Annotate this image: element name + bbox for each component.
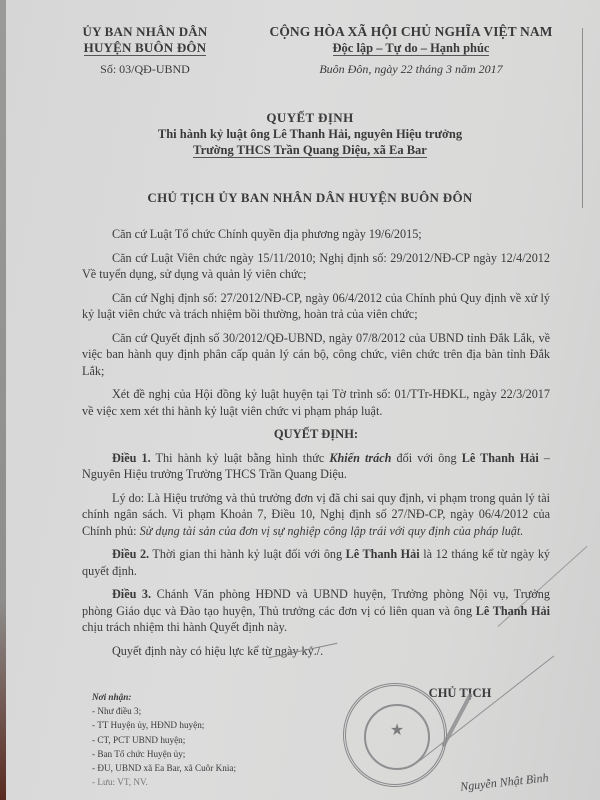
preamble-5: Xét đề nghị của Hội đồng kỷ luật huyện t… xyxy=(82,386,550,419)
article-1: Điều 1. Thi hành kỷ luật bằng hình thức … xyxy=(82,450,550,483)
document-subject-line-1: Thi hành kỷ luật ông Lê Thanh Hải, nguyê… xyxy=(100,126,520,142)
signer-title: CHỦ TỊCH xyxy=(400,686,520,701)
article-3: Điều 3. Chánh Văn phòng HĐND và UBND huy… xyxy=(82,586,550,636)
recipient-item: - ĐU, UBND xã Ea Bar, xã Cuôr Knia; xyxy=(92,761,302,775)
issuer-line-2: HUYỆN BUÔN ĐÔN xyxy=(60,40,230,56)
preamble-3: Căn cứ Nghị định số: 27/2012/NĐ-CP, ngày… xyxy=(82,290,550,323)
issuing-authority: CHỦ TỊCH ỦY BAN NHÂN DÂN HUYỆN BUÔN ĐÔN xyxy=(60,190,560,206)
recipient-item: - Ban Tổ chức Huyện ủy; xyxy=(92,747,302,761)
article-1-reason: Lý do: Là Hiệu trưởng và thủ trưởng đơn … xyxy=(82,490,550,540)
issuer-line-1: ỦY BAN NHÂN DÂN xyxy=(60,24,230,40)
document-title-block: QUYẾT ĐỊNH Thi hành kỷ luật ông Lê Thanh… xyxy=(100,110,520,158)
document-subject-line-2: Trường THCS Trần Quang Diệu, xã Ea Bar xyxy=(100,142,520,158)
star-icon: ★ xyxy=(366,720,428,740)
decision-heading: QUYẾT ĐỊNH: xyxy=(82,426,550,443)
recipients-block: Nơi nhận: - Như điều 3; - TT Huyện ủy, H… xyxy=(92,690,302,789)
preamble-2: Căn cứ Luật Viên chức ngày 15/11/2010; N… xyxy=(82,250,550,283)
recipient-item: - CT, PCT UBND huyện; xyxy=(92,733,302,747)
national-header: CỘNG HÒA XÃ HỘI CHỦ NGHĨA VIỆT NAM Độc l… xyxy=(236,24,586,77)
national-title: CỘNG HÒA XÃ HỘI CHỦ NGHĨA VIỆT NAM xyxy=(236,24,586,40)
national-motto: Độc lập – Tự do – Hạnh phúc xyxy=(236,40,586,56)
document-number: Số: 03/QĐ-UBND xyxy=(60,62,230,77)
preamble-4: Căn cứ Quyết định số 30/2012/QĐ-UBND, ng… xyxy=(82,330,550,380)
document-type: QUYẾT ĐỊNH xyxy=(100,110,520,126)
document-body: Căn cứ Luật Tổ chức Chính quyền địa phươ… xyxy=(82,226,550,666)
article-2: Điều 2. Thời gian thi hành kỷ luật đối v… xyxy=(82,546,550,579)
preamble-1: Căn cứ Luật Tổ chức Chính quyền địa phươ… xyxy=(82,226,550,243)
recipients-heading: Nơi nhận: xyxy=(92,690,302,704)
recipient-item: - TT Huyện ủy, HĐND huyện; xyxy=(92,718,302,732)
effective-clause: Quyết định này có hiệu lực kể từ ngày ký… xyxy=(82,643,550,660)
issuer-header: ỦY BAN NHÂN DÂN HUYỆN BUÔN ĐÔN Số: 03/QĐ… xyxy=(60,24,230,77)
recipient-item: - Lưu: VT, NV. xyxy=(92,775,302,789)
recipient-item: - Như điều 3; xyxy=(92,704,302,718)
document-date: Buôn Đôn, ngày 22 tháng 3 năm 2017 xyxy=(236,62,586,77)
